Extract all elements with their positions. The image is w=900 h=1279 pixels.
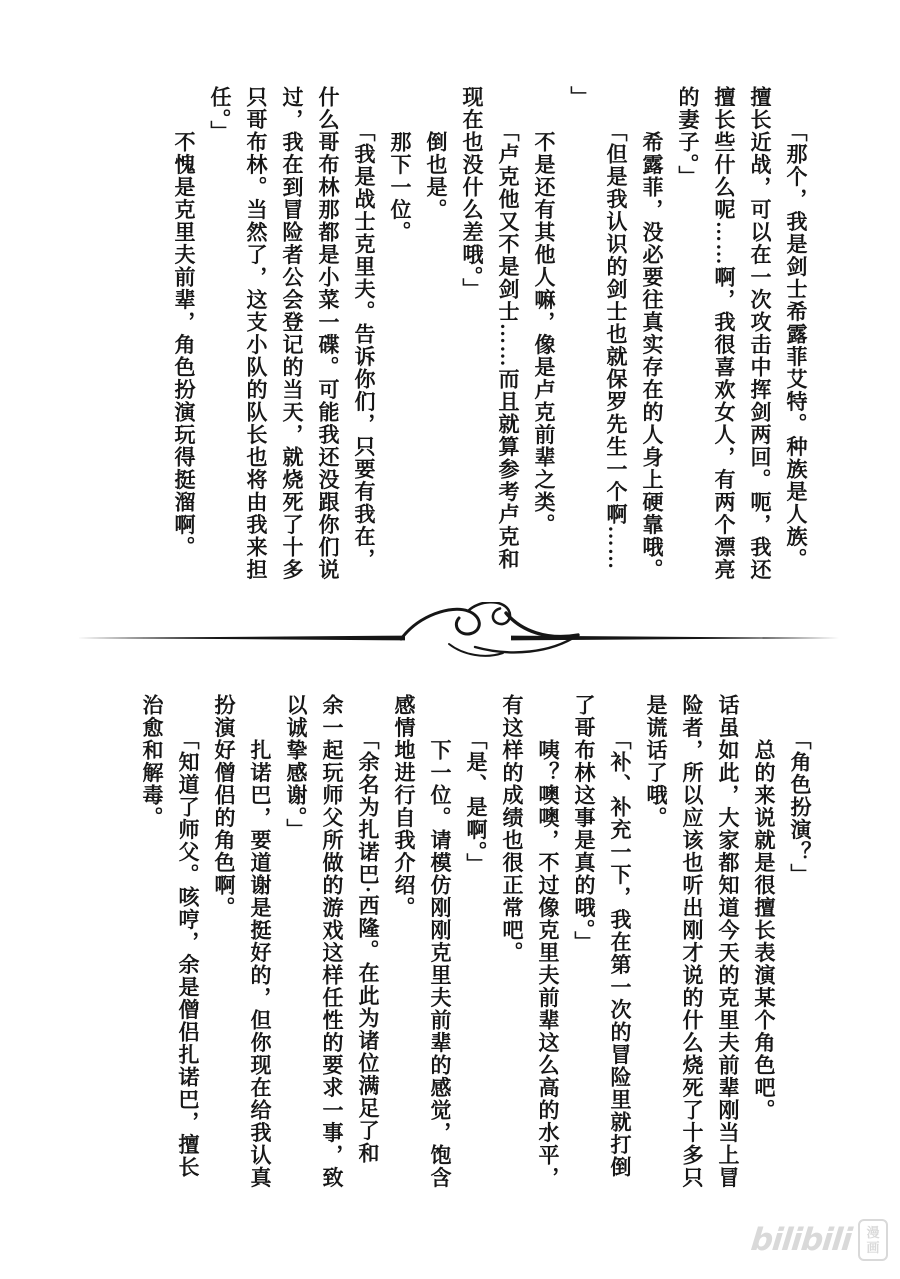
divider-flourish-icon	[75, 602, 841, 674]
top-text-block: 「那个，我是剑士希露菲艾特。种族是人族。擅长近战，可以在一次攻击中挥剑两回。呃，…	[166, 86, 814, 594]
manhua-badge-char-top: 漫	[866, 1225, 879, 1240]
text-column: 倒也是。	[418, 86, 454, 594]
text-column: 险者，所以应该也听出刚才说的什么烧死了十多只	[674, 694, 710, 1200]
text-column: 「知道了师父。咳哼，余是僧侣扎诺巴，擅长	[170, 694, 206, 1200]
bilibili-watermark: bilibili 漫 画	[751, 1219, 888, 1261]
text-column: 余一起玩师父所做的游戏这样任性的要求一事，致	[314, 694, 350, 1200]
text-column: 以诚挚感谢。」	[278, 694, 314, 1200]
text-column: 希露菲，没必要往真实存在的人身上硬靠哦。	[634, 86, 670, 594]
text-column: 那下一位。	[382, 86, 418, 594]
manhua-badge: 漫 画	[858, 1219, 888, 1261]
text-column: 只哥布林。当然了，这支小队的队长也将由我来担	[238, 86, 274, 594]
text-column: 感情地进行自我介绍。	[386, 694, 422, 1200]
bilibili-logo: bilibili	[749, 1225, 852, 1256]
text-column: 现在也没什么差哦。」	[454, 86, 490, 594]
novel-page: 「那个，我是剑士希露菲艾特。种族是人族。擅长近战，可以在一次攻击中挥剑两回。呃，…	[0, 0, 900, 1279]
text-column: 不是还有其他人嘛，像是卢克前辈之类。	[526, 86, 562, 594]
text-column: 「角色扮演？」	[782, 694, 818, 1200]
text-column: 不愧是克里夫前辈，角色扮演玩得挺溜啊。	[166, 86, 202, 594]
bottom-text-block: 「角色扮演？」 总的来说就是很擅长表演某个角色吧。话虽如此，大家都知道今天的克里…	[134, 694, 818, 1200]
text-column: 的妻子。」	[670, 86, 706, 594]
text-column: 擅长些什么呢……啊，我很喜欢女人，有两个漂亮	[706, 86, 742, 594]
text-column: 了哥布林这事是真的哦。」	[566, 694, 602, 1200]
text-column: 总的来说就是很擅长表演某个角色吧。	[746, 694, 782, 1200]
text-column: 「我是战士克里夫。告诉你们，只要有我在，	[346, 86, 382, 594]
text-column: 「卢克他又不是剑士……而且就算参考卢克和	[490, 86, 526, 594]
text-column: 治愈和解毒。	[134, 694, 170, 1200]
text-column: 「但是我认识的剑士也就保罗先生一个啊……	[598, 86, 634, 594]
text-column: 任。」	[202, 86, 238, 594]
section-divider	[75, 602, 841, 674]
manhua-badge-char-bottom: 画	[866, 1240, 879, 1255]
text-column: 咦？噢噢，不过像克里夫前辈这么高的水平，	[530, 694, 566, 1200]
text-column: 扎诺巴，要道谢是挺好的，但你现在给我认真	[242, 694, 278, 1200]
text-column: 扮演好僧侣的角色啊。	[206, 694, 242, 1200]
text-column: 「那个，我是剑士希露菲艾特。种族是人族。	[778, 86, 814, 594]
text-column: 是谎话了哦。	[638, 694, 674, 1200]
text-column: 有这样的成绩也很正常吧。	[494, 694, 530, 1200]
text-column: 「余名为扎诺巴·西隆。在此为诸位满足了和	[350, 694, 386, 1200]
text-column: 」	[562, 86, 598, 594]
text-column: 过，我在到冒险者公会登记的当天，就烧死了十多	[274, 86, 310, 594]
text-column: 下一位。请模仿刚刚克里夫前辈的感觉，饱含	[422, 694, 458, 1200]
text-column: 话虽如此，大家都知道今天的克里夫前辈刚当上冒	[710, 694, 746, 1200]
text-column: 什么哥布林那都是小菜一碟。可能我还没跟你们说	[310, 86, 346, 594]
text-column: 「是、是啊。」	[458, 694, 494, 1200]
text-column: 擅长近战，可以在一次攻击中挥剑两回。呃，我还	[742, 86, 778, 594]
text-column: 「补、补充一下，我在第一次的冒险里就打倒	[602, 694, 638, 1200]
